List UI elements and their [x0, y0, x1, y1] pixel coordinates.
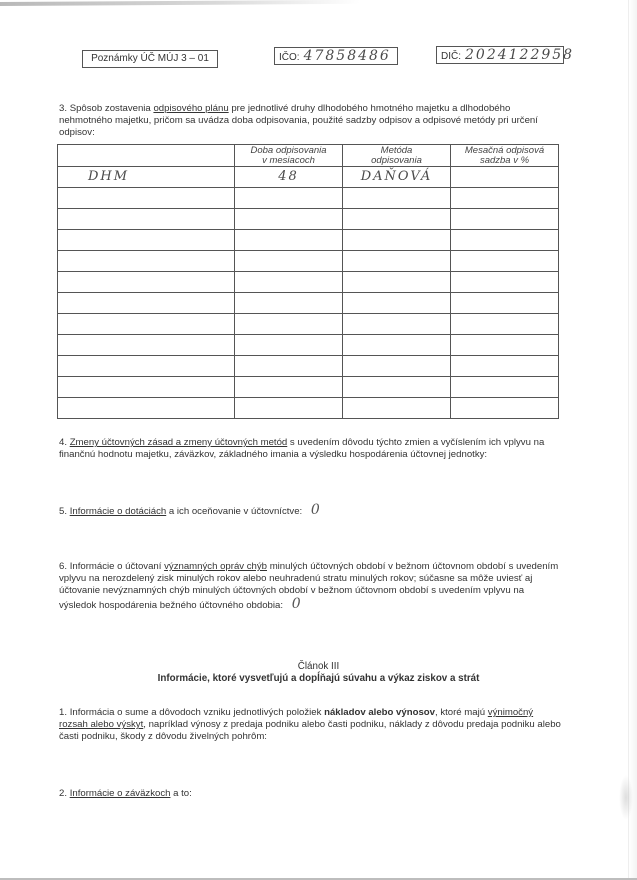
- table-cell: [451, 377, 559, 398]
- article-item-2-underlined: Informácie o záväzkoch: [70, 788, 171, 799]
- table-cell: [235, 356, 343, 377]
- depreciation-plan-table: Doba odpisovaniav mesiacochMetódaodpisov…: [57, 144, 559, 419]
- table-cell: [58, 230, 235, 251]
- ico-value: 47858486: [304, 48, 391, 64]
- table-cell: [58, 314, 235, 335]
- section-3-text-before: Spôsob zostavenia: [70, 103, 151, 114]
- section-5-text: 5. Informácie o dotáciách a ich oceňovan…: [59, 504, 564, 518]
- table-cell: [58, 293, 235, 314]
- table-cell: [235, 293, 343, 314]
- table-row: [58, 377, 559, 398]
- article-item-1-text: 1. Informácia o sume a dôvodoch vzniku j…: [59, 707, 564, 744]
- table-cell: [58, 335, 235, 356]
- table-header-line: odpisovania: [371, 155, 422, 166]
- table-cell: DAŇOVÁ: [343, 167, 451, 188]
- scan-edge-right: [628, 0, 637, 880]
- article-item-1-bold: nákladov alebo výnosov: [324, 707, 435, 718]
- table-header-row: Doba odpisovaniav mesiacochMetódaodpisov…: [58, 145, 559, 167]
- table-cell: [235, 230, 343, 251]
- section-4-text: 4. Zmeny účtovných zásad a zmeny účtovný…: [59, 437, 564, 461]
- table-cell: [343, 188, 451, 209]
- table-cell: [343, 398, 451, 419]
- table-header-cell: Doba odpisovaniav mesiacoch: [235, 145, 343, 167]
- table-row: [58, 356, 559, 377]
- table-cell: [451, 335, 559, 356]
- table-cell: [451, 398, 559, 419]
- table-cell: [343, 230, 451, 251]
- handwritten-entry: DHM: [88, 169, 129, 184]
- table-header-line: v mesiacoch: [262, 155, 315, 166]
- table-cell: [451, 314, 559, 335]
- table-header-cell: Metódaodpisovania: [343, 145, 451, 167]
- ico-box: IČO:47858486: [274, 47, 398, 65]
- table-cell: [58, 272, 235, 293]
- table-cell: [58, 356, 235, 377]
- section-5-underlined: Informácie o dotáciách: [70, 506, 167, 517]
- table-cell: [343, 251, 451, 272]
- article-item-1-text-before: Informácia o sume a dôvodoch vzniku jedn…: [70, 707, 322, 718]
- table-row: [58, 251, 559, 272]
- section-3-underlined: odpisového plánu: [153, 103, 228, 114]
- section-4-underlined: Zmeny účtovných zásad a zmeny účtovných …: [70, 437, 288, 448]
- table-cell: [58, 188, 235, 209]
- article-item-1-number: 1.: [59, 707, 67, 718]
- table-body: DHM48DAŇOVÁ: [58, 167, 559, 419]
- section-6-handwritten-mark: 0: [292, 596, 301, 612]
- table-cell: 48: [235, 167, 343, 188]
- table-cell: [451, 293, 559, 314]
- table-cell: [451, 272, 559, 293]
- dic-label: DIČ:: [441, 51, 461, 62]
- table-cell: [235, 188, 343, 209]
- section-6-text: 6. Informácie o účtovaní významných oprá…: [59, 561, 564, 612]
- section-6-underlined: významných opráv chýb: [164, 561, 267, 572]
- article-title: Článok III: [0, 661, 637, 672]
- table-cell: [235, 209, 343, 230]
- scan-smudge: [619, 775, 633, 820]
- handwritten-entry: DAŇOVÁ: [361, 169, 433, 184]
- table-cell: [343, 209, 451, 230]
- table-cell: [58, 251, 235, 272]
- table-row: [58, 398, 559, 419]
- table-cell: [58, 398, 235, 419]
- table-row: [58, 230, 559, 251]
- table-row: [58, 314, 559, 335]
- table-cell: [58, 377, 235, 398]
- table-cell: [451, 209, 559, 230]
- article-item-2-number: 2.: [59, 788, 67, 799]
- table-cell: [451, 167, 559, 188]
- table-cell: [451, 251, 559, 272]
- table-cell: [235, 272, 343, 293]
- table-cell: [343, 335, 451, 356]
- dic-box: DIČ:2024122958: [436, 46, 564, 64]
- table-cell: [235, 335, 343, 356]
- table-row: [58, 293, 559, 314]
- table-row: DHM48DAŇOVÁ: [58, 167, 559, 188]
- table-cell: [343, 356, 451, 377]
- scan-edge-top: [0, 0, 360, 6]
- section-6-text-before: Informácie o účtovaní: [70, 561, 162, 572]
- table-cell: [451, 230, 559, 251]
- form-id-box: Poznámky ÚČ MÚJ 3 – 01: [82, 50, 218, 68]
- table-row: [58, 209, 559, 230]
- table-cell: [58, 209, 235, 230]
- dic-value: 2024122958: [465, 47, 574, 63]
- table-cell: [235, 398, 343, 419]
- table-cell: [235, 314, 343, 335]
- table-header-cell: [58, 145, 235, 167]
- article-item-2-text: 2. Informácie o záväzkoch a to:: [59, 788, 564, 800]
- form-id-label: Poznámky ÚČ MÚJ 3 – 01: [91, 53, 209, 64]
- article-item-1-text-middle: , ktoré majú: [435, 707, 485, 718]
- handwritten-entry: 48: [278, 169, 299, 184]
- table-cell: [343, 377, 451, 398]
- section-5-handwritten-mark: 0: [311, 502, 320, 518]
- table-cell: [235, 377, 343, 398]
- section-3-number: 3.: [59, 103, 67, 114]
- article-subtitle: Informácie, ktoré vysvetľujú a dopĺňajú …: [0, 673, 637, 684]
- table-row: [58, 272, 559, 293]
- ico-label: IČO:: [279, 52, 300, 63]
- table-cell: [343, 293, 451, 314]
- article-item-2-text-after: a to:: [173, 788, 192, 799]
- section-5-text-after: a ich oceňovanie v účtovníctve:: [169, 506, 302, 517]
- table-cell: [451, 356, 559, 377]
- table-header-line: sadzba v %: [480, 155, 529, 166]
- table-cell: [451, 188, 559, 209]
- section-6-number: 6.: [59, 561, 67, 572]
- table-cell: [343, 314, 451, 335]
- table-cell: [235, 251, 343, 272]
- section-3-text: 3. Spôsob zostavenia odpisového plánu pr…: [59, 103, 564, 140]
- table-row: [58, 335, 559, 356]
- table-cell: [343, 272, 451, 293]
- table-row: [58, 188, 559, 209]
- table-cell: DHM: [58, 167, 235, 188]
- table-header-cell: Mesačná odpisovásadzba v %: [451, 145, 559, 167]
- section-4-number: 4.: [59, 437, 67, 448]
- section-5-number: 5.: [59, 506, 67, 517]
